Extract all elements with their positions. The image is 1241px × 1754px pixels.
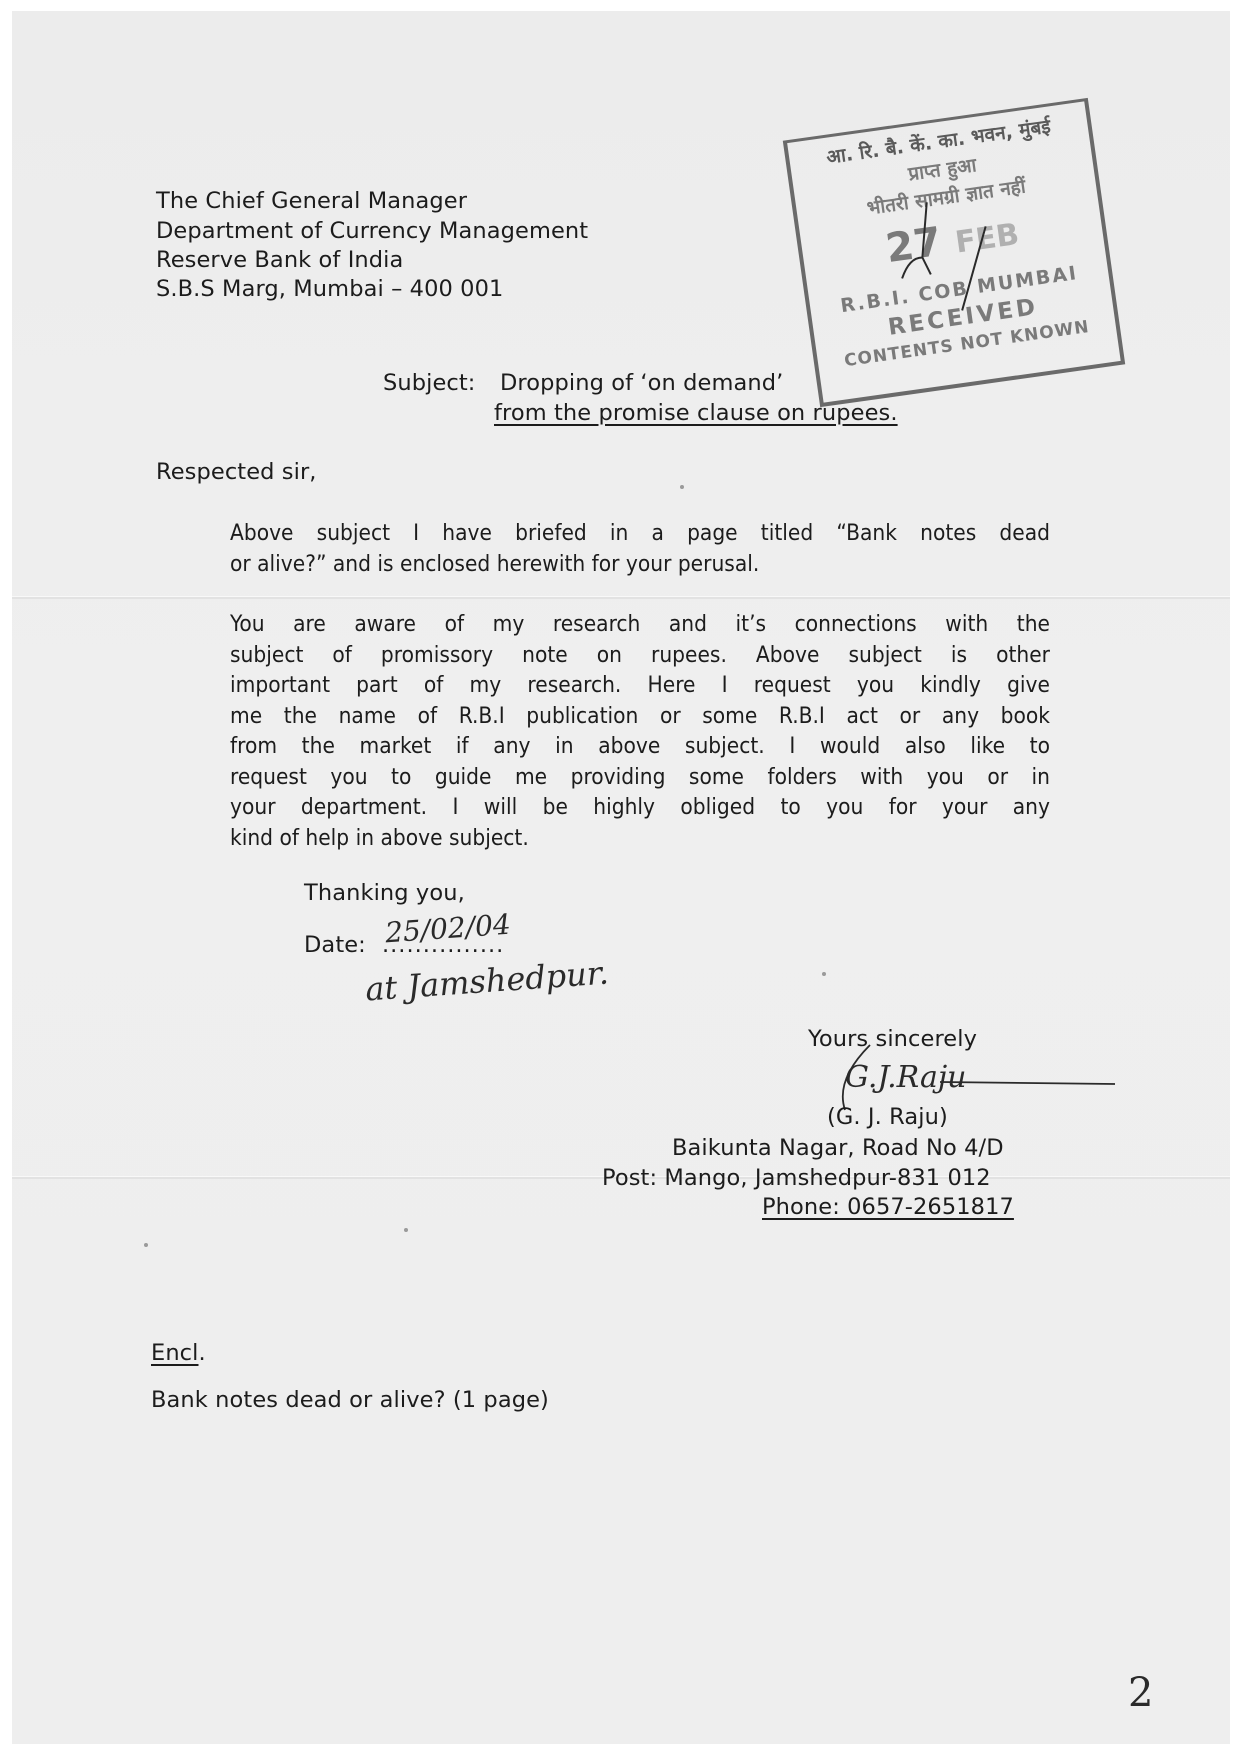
paragraph-line: subject of promissory note on rupees. Ab… [230,640,1050,671]
recipient-line: Department of Currency Management [156,216,588,246]
paragraph-enclosure-note: Above subject I have briefed in a page t… [230,518,1050,579]
sender-address-line-1: Baikunta Nagar, Road No 4/D [672,1133,1004,1163]
recipient-line: The Chief General Manager [156,186,467,216]
paragraph-line: kind of help in above subject. [230,823,1050,854]
received-stamp: आ. रि. बै. कें. का. भवन, मुंबई प्राप्त ह… [783,98,1125,407]
paragraph-line: You are aware of my research and it’s co… [230,609,1050,640]
paper-speck [822,972,826,976]
recipient-line: Reserve Bank of India [156,245,403,275]
page-number: 2 [1128,1670,1153,1716]
paragraph-line: me the name of R.B.I publication or some… [230,701,1050,732]
thanking-line: Thanking you, [304,878,465,908]
sender-name: (G. J. Raju) [827,1102,948,1132]
paper-speck [680,485,684,489]
subject-label: Subject: [383,368,476,398]
sender-address-line-2: Post: Mango, Jamshedpur-831 012 [602,1163,991,1193]
paragraph-line: your department. I will be highly oblige… [230,792,1050,823]
paragraph-line: Above subject I have briefed in a page t… [230,518,1050,549]
paragraph-line: important part of my research. Here I re… [230,670,1050,701]
paragraph-research-request: You are aware of my research and it’s co… [230,609,1050,853]
sender-phone: Phone: 0657-2651817 [762,1192,1014,1222]
enclosure-label: Encl. [151,1338,206,1368]
subject-line-1: Dropping of ‘on demand’ [500,368,783,398]
paragraph-line: request you to guide me providing some f… [230,762,1050,793]
stamp-initials-scribble [787,101,1121,402]
paper-speck [144,1243,148,1247]
date-label: Date: [304,930,366,960]
salutation: Respected sir, [156,457,317,487]
enclosure-item: Bank notes dead or alive? (1 page) [151,1385,549,1415]
subject-line-2: from the promise clause on rupees. [494,398,898,428]
paragraph-line: or alive?” and is enclosed herewith for … [230,549,1050,580]
recipient-line: S.B.S Marg, Mumbai – 400 001 [156,274,503,304]
paper-speck [404,1228,408,1232]
fold-crease [12,596,1230,599]
paragraph-line: from the market if any in above subject.… [230,731,1050,762]
